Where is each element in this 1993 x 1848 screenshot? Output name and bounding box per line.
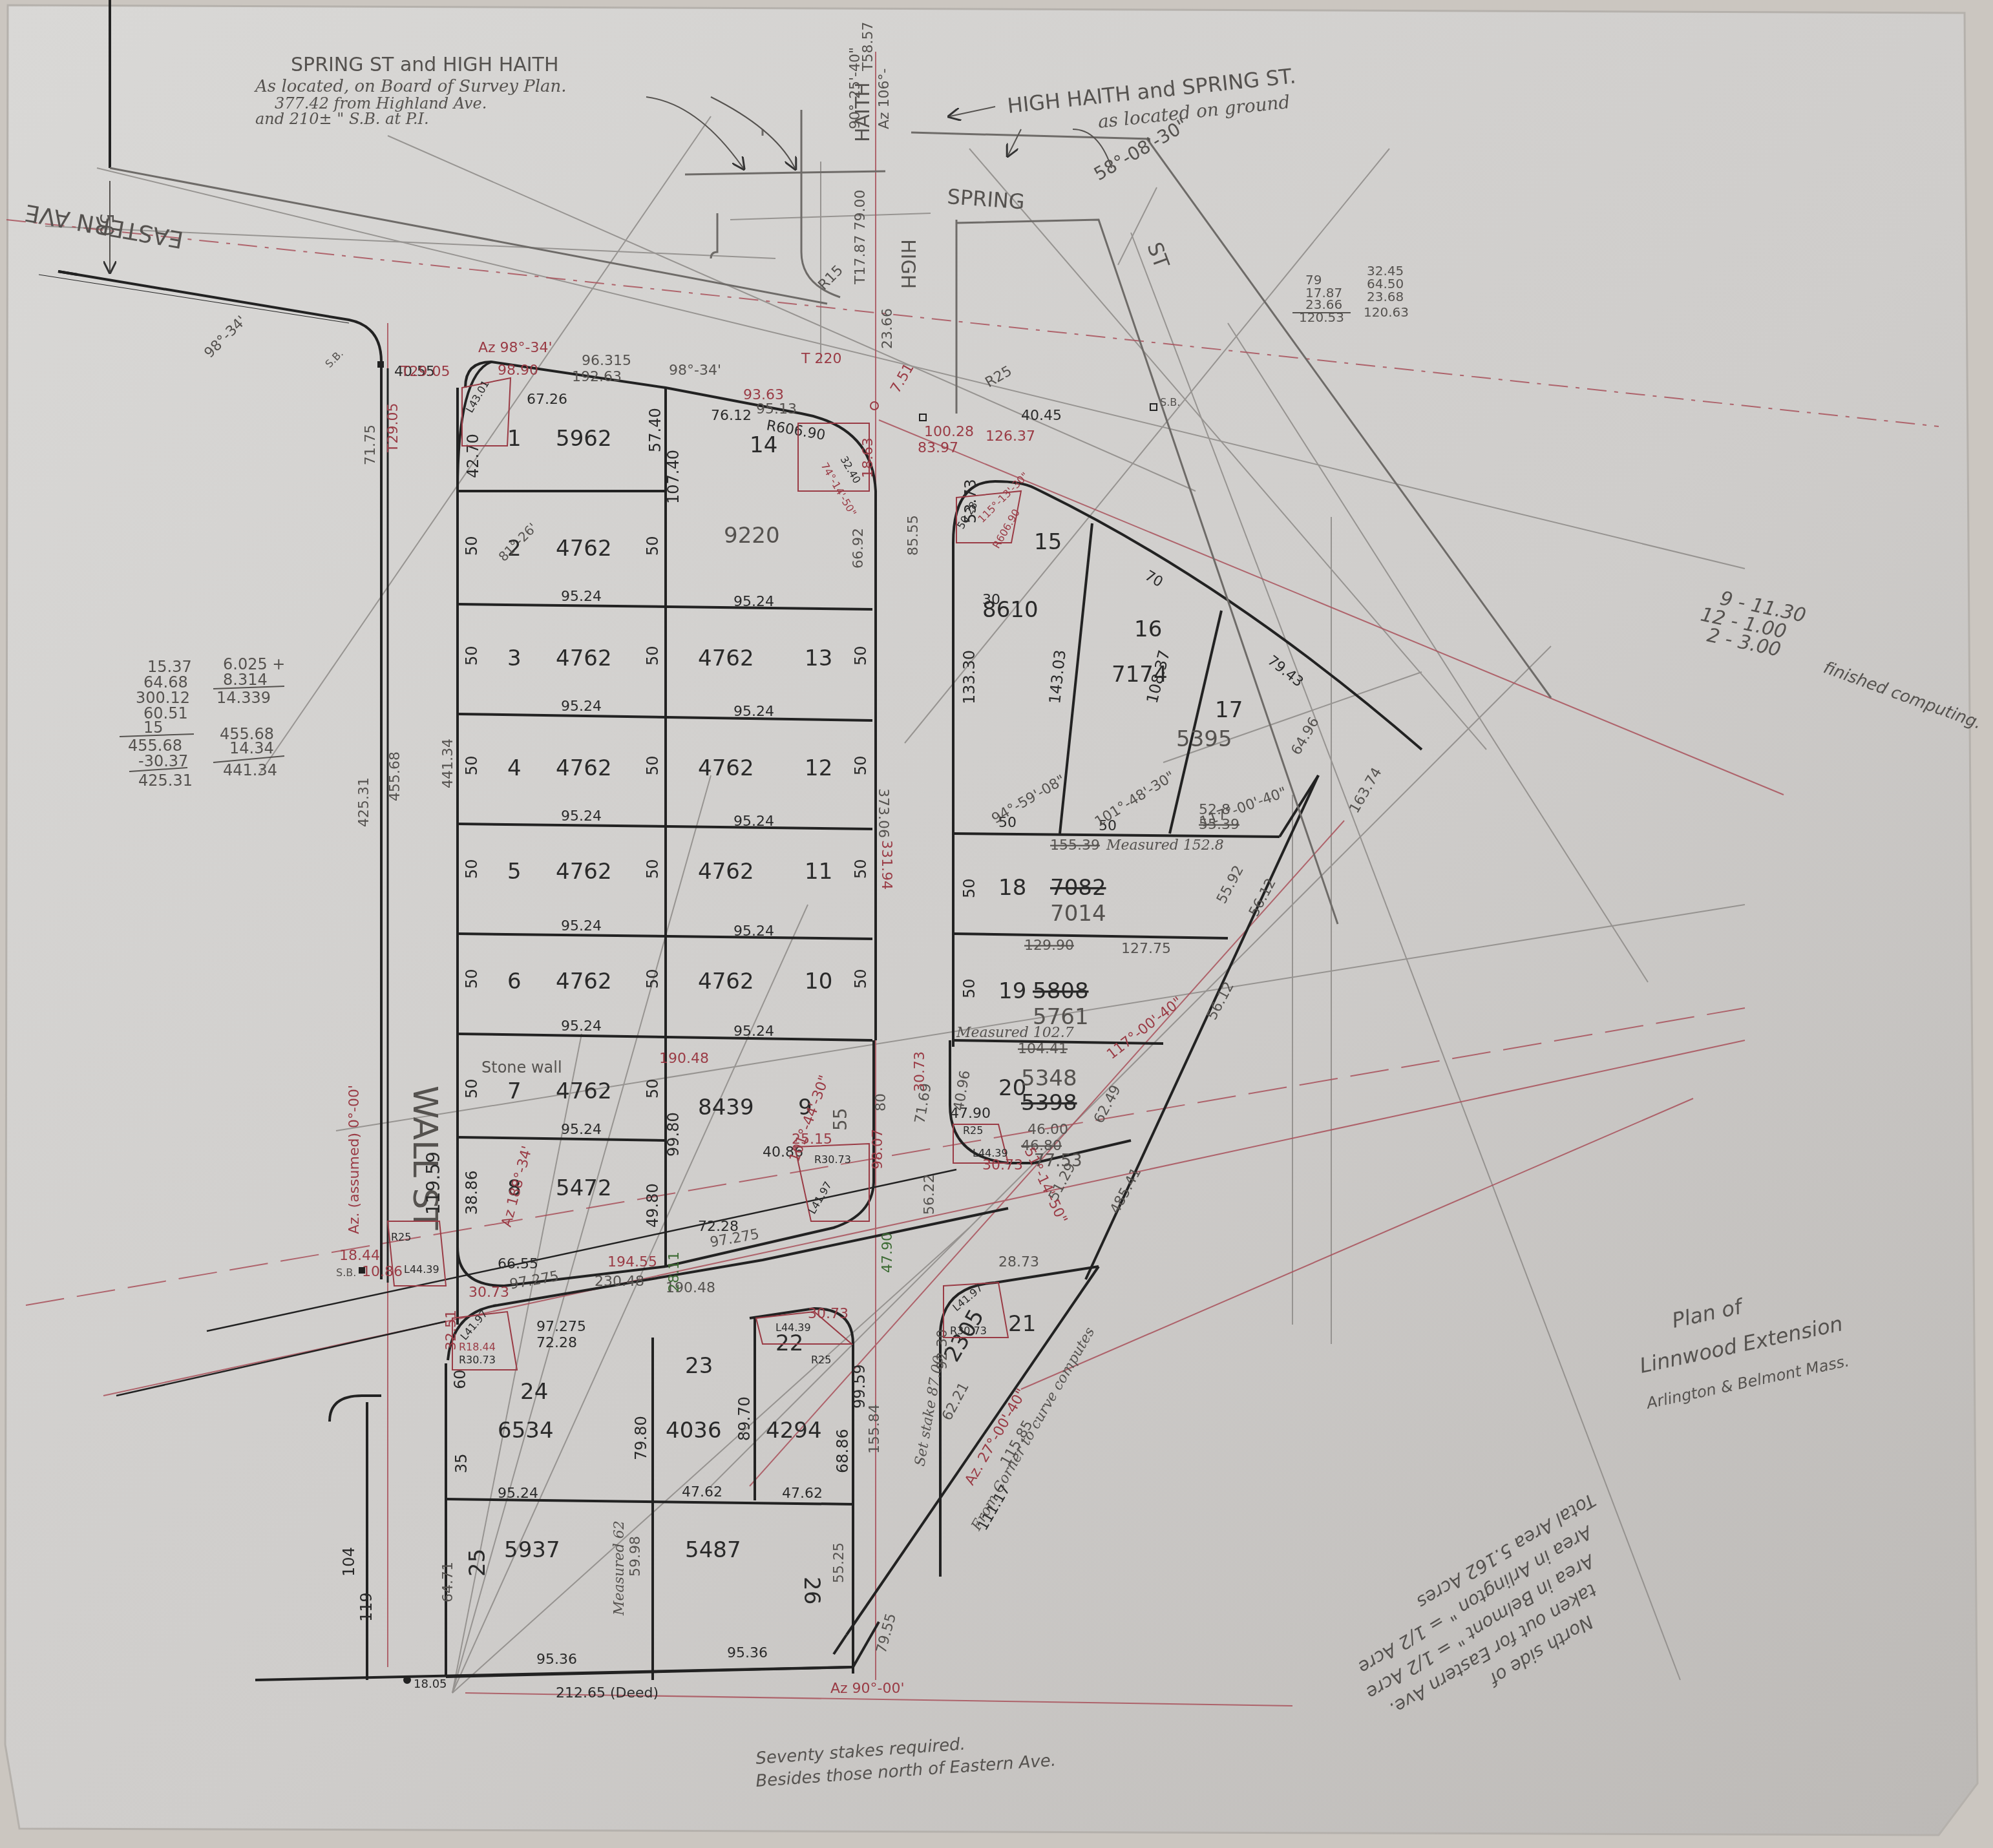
curve-label: R18.44 <box>459 1341 496 1353</box>
lot-area: 4762 <box>556 755 612 781</box>
dim-label: 85.55 <box>905 515 922 556</box>
dim-label: 95.24 <box>561 589 602 605</box>
dim-label: 119 <box>357 1592 375 1622</box>
lot-area: 4762 <box>698 969 754 994</box>
stone-wall-label: Stone wall <box>481 1058 562 1076</box>
lot-number: 25 <box>465 1549 490 1577</box>
lot-number: 6 <box>507 969 522 994</box>
dim-label: T 220 <box>801 351 841 367</box>
dim-label: 126.37 <box>986 428 1035 445</box>
lot-number: 17 <box>1215 697 1243 723</box>
dim-label: 55 <box>830 1108 851 1131</box>
lot-number: 14 <box>750 432 777 458</box>
dim-label: 95.24 <box>561 1122 602 1138</box>
dim-label: 331.94 <box>878 840 894 890</box>
dim-label: 89.70 <box>735 1396 754 1441</box>
lot-area: 4762 <box>698 646 754 671</box>
lot-number: 1 <box>507 426 522 452</box>
dim-label: 49.80 <box>644 1183 662 1228</box>
lot-number: 18 <box>998 875 1026 901</box>
dim-label: 30.73 <box>982 1157 1023 1173</box>
dim-label: 50 <box>463 969 481 989</box>
dim-label: 92.30 <box>934 1329 951 1370</box>
dim-label: 230.48 <box>595 1274 644 1290</box>
dim-label: 98.90 <box>498 362 538 379</box>
dim-label: 50 <box>463 859 481 879</box>
dim-label: 42.70 <box>464 434 482 478</box>
calc-value: 441.34 <box>223 761 277 779</box>
dim-label: Az 98°-34' <box>478 340 553 356</box>
lot-area: 4762 <box>556 536 612 562</box>
dim-label: Az. (assumed) 0°-00' <box>346 1085 363 1234</box>
lot-area: 4762 <box>698 859 754 885</box>
dim-label: 155.39 <box>1050 837 1100 854</box>
dim-label: 96.315 <box>582 353 631 369</box>
lot-area: 5472 <box>556 1175 612 1201</box>
lot-number: 10 <box>805 969 832 994</box>
lot-number: 3 <box>507 646 522 671</box>
dim-label: 50 <box>463 646 481 666</box>
curve-label: L44.39 <box>775 1321 811 1334</box>
lot-number: 19 <box>998 978 1026 1004</box>
dim-label: 30.73 <box>808 1306 849 1322</box>
dim-label: 95.24 <box>733 704 774 720</box>
lot-area: 8439 <box>698 1095 754 1120</box>
lot-number: 11 <box>805 859 832 885</box>
dim-label: 55.39 <box>1199 817 1239 833</box>
dim-label: 95.24 <box>561 918 602 934</box>
curve-label: R25 <box>963 1124 983 1137</box>
dim-label: 76.12 <box>711 408 752 424</box>
lot-number: 21 <box>1008 1311 1036 1337</box>
dim-label: 190.48 <box>659 1051 709 1067</box>
dim-label: S.B. <box>1160 396 1180 408</box>
dim-label: 30.73 <box>469 1285 509 1301</box>
dim-label: 99.80 <box>664 1112 682 1157</box>
dim-label: 68.86 <box>834 1429 852 1473</box>
dim-label: 38.86 <box>463 1170 481 1215</box>
dim-label: 95.24 <box>498 1486 538 1502</box>
lot-area: 5962 <box>556 426 612 452</box>
lot-area: 7014 <box>1050 901 1106 927</box>
dim-label: 18.44 <box>339 1248 380 1264</box>
lot-area: 6534 <box>498 1418 554 1444</box>
curve-label: L44.39 <box>973 1147 1008 1159</box>
dim-label: 30.73 <box>912 1051 928 1092</box>
dim-label: 119.59 <box>423 1151 444 1215</box>
lot-number: 13 <box>805 646 832 671</box>
dim-label: 192.63 <box>572 369 622 385</box>
dim-label: 18.05 <box>414 1677 447 1691</box>
note-top-left-line2: As located, on Board of Survey Plan. <box>254 77 567 96</box>
dim-label: 64.71 <box>440 1562 456 1602</box>
curve-label: R30.73 <box>950 1325 987 1337</box>
lot-area: 9220 <box>724 523 780 549</box>
dim-label: T17.87 79.00 <box>852 190 869 285</box>
dim-label: 28.73 <box>998 1254 1039 1270</box>
dim-label: 93.63 <box>743 387 784 403</box>
dim-label: 50 <box>852 859 870 879</box>
lot-number: 5 <box>507 859 522 885</box>
calc-value: 120.63 <box>1364 304 1409 320</box>
curve-label: R25 <box>811 1354 831 1366</box>
lot-area: 4762 <box>556 859 612 885</box>
high-label: HIGH <box>896 239 919 289</box>
dim-label: 98.07 <box>870 1129 886 1170</box>
dim-label: 32.51 <box>443 1310 459 1350</box>
calc-value: 14.34 <box>229 739 274 757</box>
note-top-left-line4: and 210± " S.B. at P.I. <box>255 110 429 128</box>
dim-label: 90°-25'-40" <box>847 47 863 129</box>
dim-label: 127.75 <box>1121 941 1171 957</box>
dim-label: 35 <box>452 1453 470 1473</box>
lot-area: 4762 <box>556 646 612 671</box>
paper-sheet <box>5 5 1977 1835</box>
dim-label: 98°-34' <box>669 362 721 379</box>
dim-label: 66.92 <box>850 528 867 569</box>
dim-label: 104.41 <box>1018 1041 1068 1057</box>
lot-number: 24 <box>520 1379 548 1405</box>
dim-label: 441.34 <box>440 739 456 788</box>
note-top-left-line1: SPRING ST and HIGH HAITH <box>291 54 559 76</box>
dim-label: 95.24 <box>561 698 602 715</box>
lot-area-struck: 5808 <box>1033 978 1089 1004</box>
survey-plan-sheet: SPRING ST and HIGH HAITH As located, on … <box>0 0 1993 1848</box>
lot-area: 4762 <box>556 969 612 994</box>
dim-label: 455.68 <box>387 751 403 801</box>
dim-label: 50 <box>463 536 481 556</box>
dim-label: 100.28 <box>924 424 974 440</box>
calc-value: 425.31 <box>138 772 193 790</box>
dim-label: 95.36 <box>536 1652 577 1668</box>
dim-label: 47.90 <box>880 1232 896 1273</box>
dim-label: 50 <box>463 1078 481 1098</box>
dim-label: 30 <box>982 592 1000 608</box>
lot-area: 5937 <box>504 1537 560 1563</box>
dim-label: 47.62 <box>682 1484 722 1500</box>
curve-label: R25 <box>391 1231 411 1243</box>
dim-label: 50 <box>960 978 978 998</box>
dim-label: 212.65 (Deed) <box>556 1685 659 1701</box>
dim-label: T29.05 <box>400 364 450 380</box>
dim-label: 28.11 <box>666 1252 682 1292</box>
lot-area: 4762 <box>556 1078 612 1104</box>
dim-label: 107.40 <box>664 450 682 504</box>
lot-area: 4762 <box>698 755 754 781</box>
dim-label: 425.31 <box>356 777 372 827</box>
dim-label: 50 <box>644 969 662 989</box>
dim-label: 50 <box>644 755 662 775</box>
dim-label: 194.55 <box>607 1254 657 1270</box>
dim-label: 50 <box>644 646 662 666</box>
dim-label: S.B. <box>336 1266 356 1279</box>
dim-label: 46.00 <box>1028 1122 1068 1138</box>
dim-label: 79.80 <box>632 1416 650 1460</box>
curve-label: L44.39 <box>404 1263 439 1276</box>
dim-label: 95.36 <box>727 1645 768 1661</box>
lot-number: 23 <box>685 1353 713 1379</box>
lot-area: 4294 <box>766 1418 822 1444</box>
dim-label: 95.24 <box>561 1018 602 1034</box>
dim-label: 80 <box>873 1093 889 1111</box>
dim-label: 56.22 <box>922 1174 938 1215</box>
lot-number: 4 <box>507 755 522 781</box>
dim-label: 95.24 <box>561 808 602 824</box>
dim-label: Az 90°-00' <box>830 1681 905 1697</box>
dim-label: 50 <box>644 536 662 556</box>
lot-number: 26 <box>799 1577 825 1604</box>
dim-label: 50 <box>644 1078 662 1098</box>
dim-label: 59.98 <box>627 1536 644 1577</box>
dim-label: 50 <box>463 755 481 775</box>
dim-label: 55.25 <box>831 1542 847 1583</box>
eastern-ave-width: 50 <box>96 213 117 236</box>
dim-label: 50 <box>960 878 978 898</box>
dim-label: Measured 62 <box>611 1520 627 1616</box>
dim-label: Measured 102.7 <box>956 1025 1074 1041</box>
dim-label: 99.59 <box>850 1364 869 1409</box>
dim-label: 95.24 <box>733 923 774 940</box>
dim-label: 72.28 <box>536 1335 577 1351</box>
dim-label: 133.30 <box>960 650 978 704</box>
dim-label: Az 106°- <box>876 68 892 129</box>
lot-number: 12 <box>805 755 832 781</box>
lot-area-struck: 5398 <box>1021 1090 1077 1116</box>
lot-area: 5348 <box>1021 1066 1077 1091</box>
dim-label: 50 <box>644 859 662 879</box>
dim-label: 129.90 <box>1024 938 1074 954</box>
lot-number: 16 <box>1134 616 1162 642</box>
dim-label: 97.275 <box>536 1319 586 1335</box>
dim-label: 18.63 <box>860 437 876 478</box>
calc-value: 15 <box>143 719 163 737</box>
dim-label: 50 <box>852 969 870 989</box>
dim-label: 10.86 <box>362 1264 403 1280</box>
lot-area-struck: 7082 <box>1050 875 1106 901</box>
dim-label: 95.24 <box>733 814 774 830</box>
dim-label: Measured 152.8 <box>1106 837 1224 854</box>
calc-value: 14.339 <box>216 689 271 707</box>
calc-value: 120.53 <box>1299 310 1344 325</box>
dim-label: 373.06 <box>875 788 891 838</box>
dim-label: 66.55 <box>498 1256 538 1272</box>
dim-label: 95.24 <box>733 1024 774 1040</box>
dim-label: 67.26 <box>527 392 567 408</box>
dim-label: 155.84 <box>867 1404 883 1454</box>
dim-label: 71.75 <box>363 425 379 465</box>
curve-label: R30.73 <box>814 1153 851 1166</box>
dim-label: 52.8 <box>1199 802 1230 818</box>
dim-label: 50 <box>852 755 870 775</box>
dim-label: T29.05 <box>385 403 401 453</box>
dim-label: 57.40 <box>646 408 664 452</box>
dim-label: 23.66 <box>880 308 896 349</box>
lot-number: 15 <box>1034 529 1062 555</box>
calc-value: 8.314 <box>223 671 268 689</box>
lot-area: 4036 <box>666 1418 722 1444</box>
dim-label: 50 <box>852 646 870 666</box>
dim-label: 40.45 <box>1021 408 1062 424</box>
dim-label: 95.13 <box>756 401 797 417</box>
calc-value: 23.68 <box>1367 289 1404 304</box>
plan-drawing: SPRING ST and HIGH HAITH As located, on … <box>0 0 1993 1848</box>
dim-label: 95.24 <box>733 594 774 610</box>
dim-label: 104 <box>340 1547 358 1577</box>
dim-label: 83.97 <box>918 440 958 456</box>
lot-number: 7 <box>507 1078 522 1104</box>
lot-area: 5395 <box>1176 726 1232 752</box>
curve-label: R30.73 <box>459 1354 496 1366</box>
dim-label: 60 <box>451 1369 469 1389</box>
lot-area: 5487 <box>685 1537 741 1563</box>
dim-label: 47.62 <box>782 1486 823 1502</box>
